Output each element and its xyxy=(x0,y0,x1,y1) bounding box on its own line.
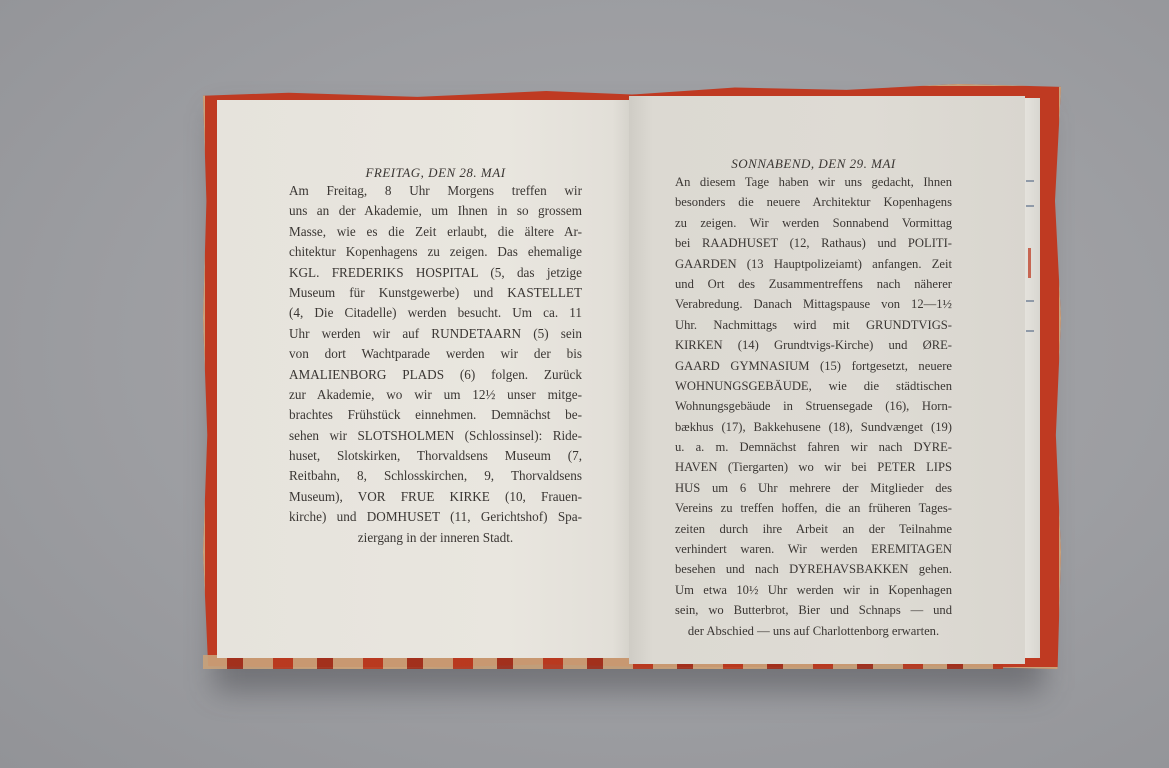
text-line: Wohnungsgebäude in Struensegade (16), Ho… xyxy=(675,396,952,416)
text-line: Uhr werden wir auf RUNDETAARN (5) sein xyxy=(289,324,582,344)
text-line: sehen wir SLOTSHOLMEN (Schlossinsel): Ri… xyxy=(289,426,582,446)
text-line: KGL. FREDERIKS HOSPITAL (5, das jetzige xyxy=(289,263,582,283)
text-line: zu zeigen. Wir werden Sonnabend Vormitta… xyxy=(675,213,952,233)
text-line: kirche) und DOMHUSET (11, Gerichtshof) S… xyxy=(289,507,582,527)
insert-red-mark xyxy=(1028,248,1031,278)
left-page-text: FREITAG, DEN 28. MAI Am Freitag, 8 Uhr M… xyxy=(289,163,582,548)
insert-mark xyxy=(1026,180,1034,182)
text-last-line: ziergang in der inneren Stadt. xyxy=(289,528,582,548)
text-line: WOHNUNGSGEBÄUDE, wie die städtischen xyxy=(675,376,952,396)
left-page: FREITAG, DEN 28. MAI Am Freitag, 8 Uhr M… xyxy=(217,100,629,658)
text-line: HAVEN (Tiergarten) wo wir bei PETER LIPS xyxy=(675,457,952,477)
text-line: Um etwa 10½ Uhr werden wir in Kopenhagen xyxy=(675,580,952,600)
text-line: GAARD GYMNASIUM (15) fortgesetzt, neuere xyxy=(675,356,952,376)
insert-mark xyxy=(1026,205,1034,207)
text-line: besehen und nach DYREHAVSBAKKEN gehen. xyxy=(675,559,952,579)
right-page-heading: SONNABEND, DEN 29. MAI xyxy=(675,154,952,172)
insert-mark xyxy=(1026,300,1034,302)
text-line: uns an der Akademie, um Ihnen in so gros… xyxy=(289,201,582,221)
text-line: huset, Slotskirken, Thorvaldsens Museum … xyxy=(289,446,582,466)
insert-mark xyxy=(1026,330,1034,332)
text-line: bei RAADHUSET (12, Rathaus) und POLITI- xyxy=(675,233,952,253)
left-page-heading: FREITAG, DEN 28. MAI xyxy=(289,163,582,181)
left-page-body: Am Freitag, 8 Uhr Morgens treffen wir un… xyxy=(289,181,582,548)
right-page-text: SONNABEND, DEN 29. MAI An diesem Tage ha… xyxy=(675,154,952,641)
text-last-line: der Abschied — uns auf Charlottenborg er… xyxy=(675,621,952,641)
text-line: Am Freitag, 8 Uhr Morgens treffen wir xyxy=(289,181,582,201)
text-line: AMALIENBORG PLADS (6) folgen. Zurück xyxy=(289,365,582,385)
text-line: Uhr. Nachmittags wird mit GRUNDTVIGS- xyxy=(675,315,952,335)
text-line: (4, Die Citadelle) werden besucht. Um ca… xyxy=(289,303,582,323)
text-line: von dort Wachtparade werden wir der bis xyxy=(289,344,582,364)
text-line: zur Akademie, wo wir um 12½ unser mitge- xyxy=(289,385,582,405)
text-line: KIRKEN (14) Grundtvigs-Kirche) und ØRE- xyxy=(675,335,952,355)
text-line: Verabredung. Danach Mittagspause von 12—… xyxy=(675,294,952,314)
text-line: Reitbahn, 8, Schlosskirchen, 9, Thorvald… xyxy=(289,466,582,486)
text-line: Museum), VOR FRUE KIRKE (10, Frauen- xyxy=(289,487,582,507)
text-line: Vereins zu treffen hoffen, die an früher… xyxy=(675,498,952,518)
right-page: SONNABEND, DEN 29. MAI An diesem Tage ha… xyxy=(629,96,1025,664)
text-line: bækhus (17), Bakkehusene (18), Sundvænge… xyxy=(675,417,952,437)
text-line: Museum für Kunstgewerbe) und KASTELLET xyxy=(289,283,582,303)
text-line: GAARDEN (13 Hauptpolizeiamt) anfangen. Z… xyxy=(675,254,952,274)
text-line: chitektur Kopenhagens zu zeigen. Das ehe… xyxy=(289,242,582,262)
text-line: Masse, wie es die Zeit erlaubt, die älte… xyxy=(289,222,582,242)
text-line: An diesem Tage haben wir uns gedacht, Ih… xyxy=(675,172,952,192)
text-line: sein, wo Butterbrot, Bier und Schnaps — … xyxy=(675,600,952,620)
text-line: brachtes Frühstück einnehmen. Demnächst … xyxy=(289,405,582,425)
text-line: verhindert waren. Wir werden EREMITAGEN xyxy=(675,539,952,559)
text-line: u. a. m. Demnächst fahren wir nach DYRE- xyxy=(675,437,952,457)
text-line: und Ort des Zusammentreffens nach nähere… xyxy=(675,274,952,294)
text-line: zeiten durch ihre Arbeit an der Teilnahm… xyxy=(675,519,952,539)
text-line: besonders die neuere Architektur Kopenha… xyxy=(675,192,952,212)
right-page-body: An diesem Tage haben wir uns gedacht, Ih… xyxy=(675,172,952,641)
text-line: HUS um 6 Uhr mehrere der Mitglieder des xyxy=(675,478,952,498)
